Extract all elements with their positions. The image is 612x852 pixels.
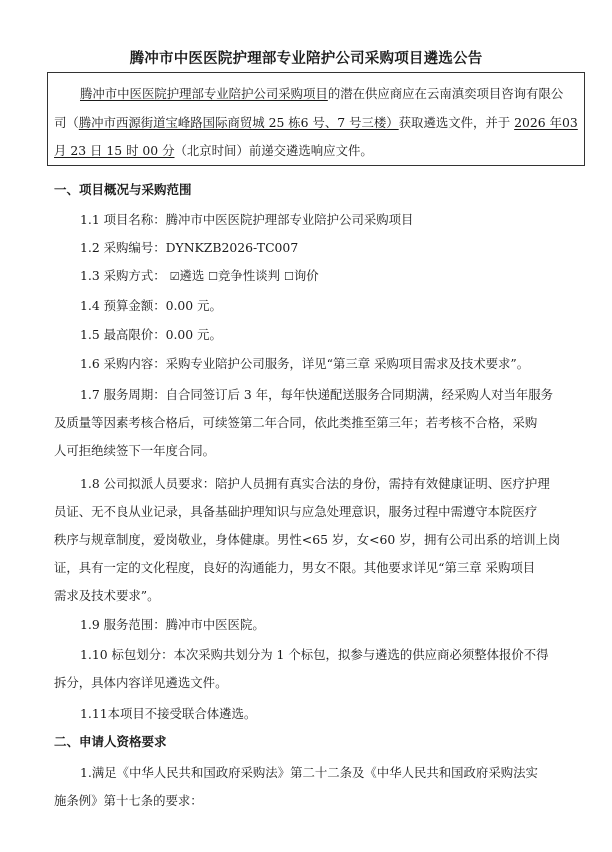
item-1-2: 1.2 采购编号：DYNKZB2026-TC007 — [80, 238, 298, 256]
section-2-heading: 二、申请人资格要求 — [54, 732, 167, 750]
item-1-9: 1.9 服务范围：腾冲市中医医院。 — [80, 615, 265, 633]
notice-line-1: 腾冲市中医医院护理部专业陪护公司采购项目的潜在供应商应在云南滇奕项目咨询有限公 — [80, 84, 563, 102]
item-1-5: 1.5 最高限价：0.00 元。 — [80, 325, 222, 343]
notice-line-3: 月 23 日 15 时 00 分（北京时间）前递交遴选响应文件。 — [54, 141, 373, 159]
section-1-heading: 一、项目概况与采购范围 — [54, 180, 192, 198]
section-2-item-1-line-2: 施条例》第十七条的要求： — [54, 791, 203, 809]
item-1-10-line-1: 1.10 标包划分：本次采购共划分为 1 个标包，拟参与遴选的供应商必须整体报价… — [80, 645, 549, 663]
item-1-7-line-2: 及质量等因素考核合格后，可续签第二年合同，依此类推至第三年；若考核不合格，采购 — [54, 413, 537, 431]
checkbox-checked-icon: ☑ — [170, 270, 180, 283]
item-1-8-line-1: 1.8 公司拟派人员要求：陪护人员拥有真实合法的身份，需持有效健康证明、医疗护理 — [80, 474, 550, 492]
checkbox-unchecked-icon: ☐ — [208, 270, 218, 283]
notice-deadline-part2: 月 23 日 15 时 00 分 — [54, 143, 175, 158]
checkbox-unchecked-icon: ☐ — [284, 270, 294, 283]
item-1-7-line-3: 人可拒绝续签下一年度合同。 — [54, 441, 215, 459]
notice-deadline-part1: 2026 年03 — [514, 115, 578, 130]
item-1-10-line-2: 拆分，具体内容详见遴选文件。 — [54, 673, 227, 691]
item-1-1: 1.1 项目名称：腾冲市中医医院护理部专业陪护公司采购项目 — [80, 210, 413, 228]
item-1-4: 1.4 预算金额：0.00 元。 — [80, 296, 222, 314]
item-1-11: 1.11本项目不接受联合体遴选。 — [80, 704, 256, 722]
item-1-7-line-1: 1.7 服务周期：自合同签订后 3 年，每年快递配送服务合同期满，经采购人对当年… — [80, 385, 553, 403]
item-1-8-line-2: 员证、无不良从业记录，具备基础护理知识与应急处理意识，服务过程中需遵守本院医疗 — [54, 502, 537, 520]
notice-address: 腾冲市西源街道宝峰路国际商贸城 25 栋6 号、7 号三楼） — [79, 115, 399, 130]
section-2-item-1-line-1: 1.满足《中华人民共和国政府采购法》第二十二条及《中华人民共和国政府采购法实 — [80, 763, 538, 781]
notice-line-2: 司（腾冲市西源街道宝峰路国际商贸城 25 栋6 号、7 号三楼）获取遴选文件，并… — [54, 113, 578, 131]
item-1-8-line-4: 证，具有一定的文化程度，良好的沟通能力，男女不限。其他要求详见“第三章 采购项目 — [54, 558, 535, 576]
item-1-6: 1.6 采购内容：采购专业陪护公司服务，详见“第三章 采购项目需求及技术要求”。 — [80, 354, 529, 372]
item-1-8-line-5: 需求及技术要求”。 — [54, 586, 159, 604]
item-1-8-line-3: 秩序与规章制度，爱岗敬业，身体健康。男性<65 岁，女<60 岁，拥有公司出系的… — [54, 530, 560, 548]
notice-project-name: 腾冲市中医医院护理部专业陪护公司采购项目 — [80, 86, 328, 101]
item-1-3: 1.3 采购方式： ☑遴选 ☐竞争性谈判 ☐询价 — [80, 266, 319, 284]
document-title: 腾冲市中医医院护理部专业陪护公司采购项目遴选公告 — [0, 47, 612, 68]
